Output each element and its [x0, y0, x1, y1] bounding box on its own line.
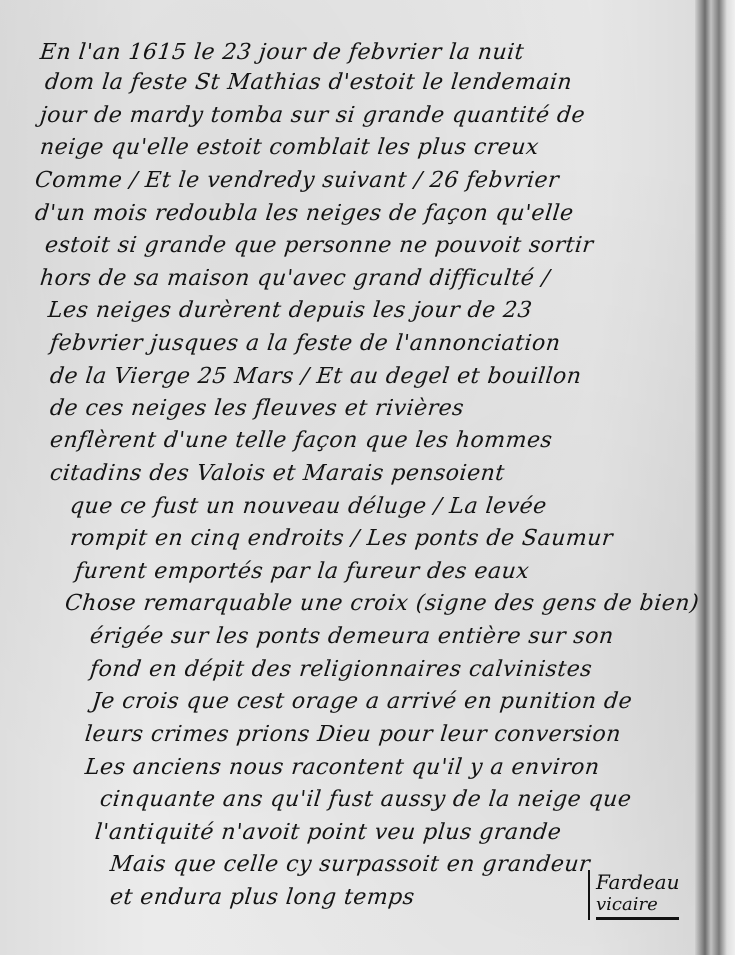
signature-name: Fardeau — [596, 870, 679, 894]
manuscript-line: de la Vierge 25 Mars / Et au degel et bo… — [49, 364, 583, 389]
manuscript-line: dom la feste St Mathias d'estoit le lend… — [44, 70, 574, 95]
signature-title: vicaire — [596, 894, 679, 920]
manuscript-line: Chose remarquable une croix (signe des g… — [64, 591, 701, 616]
manuscript-line: enflèrent d'une telle façon que les homm… — [49, 428, 554, 453]
manuscript-line: En l'an 1615 le 23 jour de febvrier la n… — [39, 40, 526, 65]
manuscript-line: Les neiges durèrent depuis les jour de 2… — [47, 298, 534, 323]
manuscript-line: neige qu'elle estoit comblait les plus c… — [39, 135, 541, 160]
manuscript-line: Les anciens nous racontent qu'il y a env… — [84, 755, 601, 780]
manuscript-line: estoit si grande que personne ne pouvoit… — [44, 233, 595, 258]
manuscript-line: leurs crimes prions Dieu pour leur conve… — [84, 722, 623, 747]
page-binding-edge — [695, 0, 735, 955]
manuscript-line: de ces neiges les fleuves et rivières — [49, 396, 466, 421]
manuscript-line: Je crois que cest orage a arrivé en puni… — [91, 689, 634, 714]
manuscript-line: cinquante ans qu'il fust aussy de la nei… — [99, 787, 633, 812]
manuscript-line: que ce fust un nouveau déluge / La levée — [69, 494, 548, 519]
manuscript-line: Mais que celle cy surpassoit en grandeur — [109, 852, 592, 877]
manuscript-line: Comme / Et le vendredy suivant / 26 febv… — [34, 168, 561, 193]
manuscript-line: jour de mardy tomba sur si grande quanti… — [39, 103, 587, 128]
manuscript-line: l'antiquité n'avoit point veu plus grand… — [94, 820, 563, 845]
signature-block: Fardeau vicaire — [588, 870, 679, 920]
manuscript-line: febvrier jusques a la feste de l'annonci… — [49, 331, 562, 356]
manuscript-line: rompit en cinq endroits / Les ponts de S… — [69, 526, 615, 551]
manuscript-line: hors de sa maison qu'avec grand difficul… — [39, 266, 551, 291]
manuscript-line: fond en dépit des religionnaires calvini… — [89, 657, 594, 682]
manuscript-line: et endura plus long temps — [109, 885, 416, 910]
manuscript-line: citadins des Valois et Marais pensoient — [49, 461, 506, 486]
manuscript-line: érigée sur les ponts demeura entière sur… — [89, 624, 615, 649]
manuscript-line: furent emportés par la fureur des eaux — [74, 559, 531, 584]
manuscript-page: En l'an 1615 le 23 jour de febvrier la n… — [0, 0, 735, 955]
manuscript-line: d'un mois redoubla les neiges de façon q… — [34, 201, 575, 226]
